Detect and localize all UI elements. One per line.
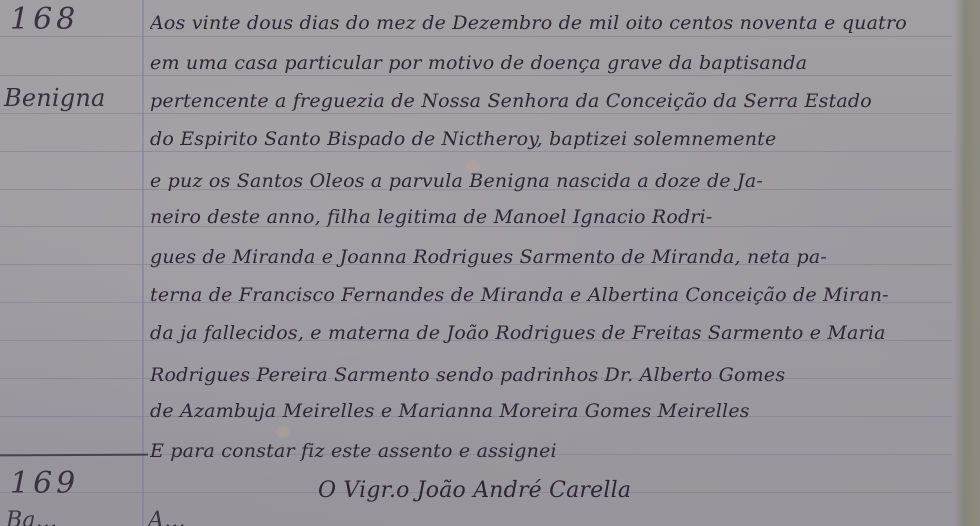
text-line: de Azambuja Meirelles e Marianna Moreira… (150, 400, 920, 422)
text-line: gues de Miranda e Joanna Rodrigues Sarme… (150, 246, 920, 268)
text-line-partial: A... (148, 508, 186, 526)
text-line: em uma casa particular por motivo de doe… (150, 52, 920, 74)
entry-number: 168 (10, 2, 79, 37)
margin-name: Benigna (4, 84, 106, 112)
margin-name-partial: Ba... (6, 508, 57, 526)
text-line: da ja fallecidos, e materna de João Rodr… (150, 322, 920, 344)
text-line: terna de Francisco Fernandes de Miranda … (150, 284, 920, 306)
text-line: neiro deste anno, filha legitima de Mano… (150, 206, 920, 228)
margin-rule (142, 0, 144, 526)
paper-stain (276, 426, 290, 438)
register-page: 168 Benigna Aos vinte dous dias do mez d… (0, 0, 980, 526)
text-line: Rodrigues Pereira Sarmento sendo padrinh… (150, 364, 920, 386)
text-line: Aos vinte dous dias do mez de Dezembro d… (150, 12, 920, 34)
text-line: pertencente a freguezia de Nossa Senhora… (150, 90, 920, 112)
priest-signature: O Vigr.o João André Carella (318, 478, 631, 503)
text-line: E para constar fiz este assento e assign… (150, 440, 920, 462)
page-gutter-edge (954, 0, 980, 526)
entry-divider (0, 454, 148, 457)
text-line: e puz os Santos Oleos a parvula Benigna … (150, 170, 920, 192)
entry-number: 169 (10, 466, 79, 501)
text-line: do Espirito Santo Bispado de Nictheroy, … (150, 128, 920, 150)
